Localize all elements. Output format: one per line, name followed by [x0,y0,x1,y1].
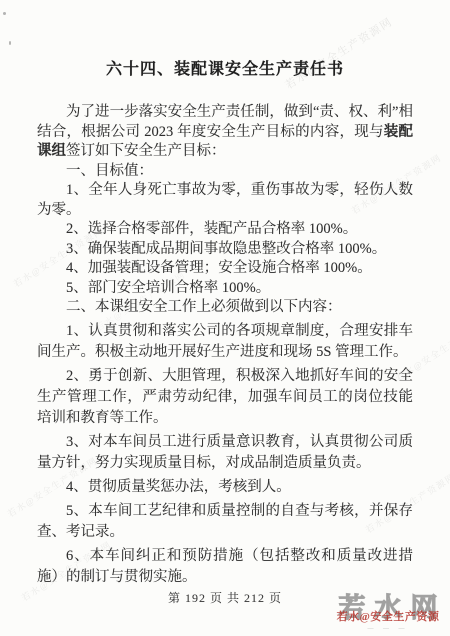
watermark-sub-marks: — — — [329,626,447,632]
paragraph: 1、全年人身死亡事故为零，重伤事故为零，轻伤人数为零。 [37,181,413,220]
document-title: 六十四、装配课安全生产责任书 [0,56,450,79]
paragraph-intro: 为了进一步落实安全生产责任制，做到“责、权、利”相结合，根据公司 2023 年度… [37,103,413,162]
paragraph: 5、本车间工艺纪律和质量控制的自查与考核，并保存查、考记录。 [37,501,413,543]
paragraph: 3、确保装配成品期间事故隐患整改合格率 100%。 [37,240,413,260]
paragraph: 4、加强装配设备管理；安全设施合格率 100%。 [37,259,413,279]
intro-text-pre: 为了进一步落实安全生产责任制，做到“责、权、利”相结合，根据公司 2023 年度… [37,104,413,140]
paragraph: 1、认真贯彻和落实公司的各项规章制度，合理安排车间生产。积极主动地开展好生产进度… [37,321,413,363]
paragraph: 3、对本车间员工进行质量意识教育，认真贯彻公司质量方针，努力实现质量目标，对成品… [37,432,413,474]
scan-noise [9,41,11,45]
paragraph: 6、本车间纠正和预防措施（包括整改和质量改进措施）的制订与贯彻实施。 [37,546,413,588]
diagonal-watermark: 若水@安全生产资源网 [282,13,396,92]
paragraph: 2、勇于创新、大胆管理，积极深入地抓好车间的安全生产管理工作，严肃劳动纪律，加强… [37,366,413,429]
scan-noise [3,12,6,15]
watermark-stamp-text: 若水@安全生产资源 [329,608,447,624]
paragraph: 4、贯彻质量奖惩办法，考核到人。 [37,477,413,498]
paragraph: 二、本课组安全工作上必须做到以下内容： [37,298,413,318]
intro-text-post: 签订如下安全生产目标： [66,143,226,159]
document-body: 为了进一步落实安全生产责任制，做到“责、权、利”相结合，根据公司 2023 年度… [37,103,413,588]
paragraph: 2、选择合格零部件，装配产品合格率 100%。 [37,220,413,240]
paragraph: 一、目标值： [37,162,413,182]
page-number: 第 192 页 共 212 页 [0,589,450,606]
document-page: 若水@安全生产资源网 若水@安全生产资源网 若水@安全生产资源网 若水@安全生产… [0,0,450,636]
paragraph: 5、部门安全培训合格率 100%。 [37,279,413,299]
